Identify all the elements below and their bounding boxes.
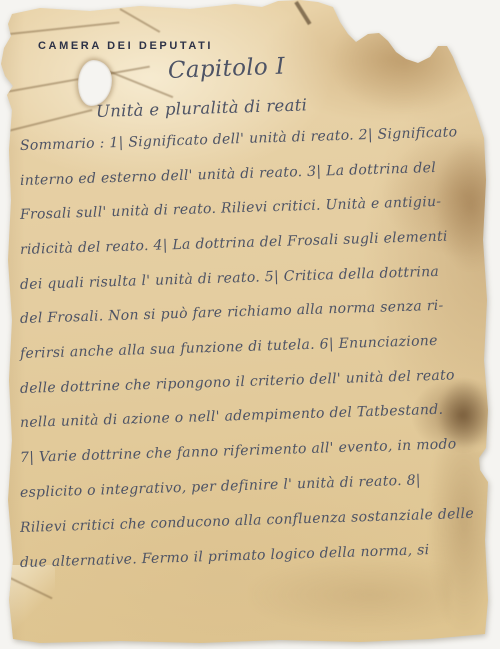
paper-stain (330, 18, 480, 113)
paper-stain (250, 560, 450, 630)
paper-crease (0, 21, 119, 36)
paper-fold (0, 565, 55, 635)
paper-crease (0, 109, 92, 134)
handwritten-line: interno ed esterno dell' unità di reato.… (20, 160, 437, 189)
handwritten-line: del Frosali. Non si può fare richiamo al… (20, 298, 444, 327)
chapter-title: Capitolo I (168, 54, 286, 84)
manuscript-subtitle: Unità e pluralità di reati (96, 95, 308, 121)
scanned-document: CAMERA DEI DEPUTATI Capitolo I Unità e p… (0, 0, 500, 649)
paper-hole (78, 60, 112, 106)
handwritten-line: ridicità del reato. 4| La dottrina del F… (20, 229, 448, 258)
paper-shadow-wrap: CAMERA DEI DEPUTATI Capitolo I Unità e p… (0, 0, 500, 649)
handwritten-line: Frosali sull' unità di reato. Rilievi cr… (20, 194, 442, 223)
paper-crease (120, 8, 161, 33)
letterhead: CAMERA DEI DEPUTATI (38, 40, 213, 52)
paper-crease (108, 70, 174, 98)
handwritten-line: delle dottrine che ripongono il criterio… (20, 367, 455, 397)
paper-stain (435, 140, 495, 270)
manuscript-page: CAMERA DEI DEPUTATI Capitolo I Unità e p… (0, 0, 500, 649)
handwritten-line: Sommario : 1| Significato dell' unità di… (20, 124, 458, 154)
handwritten-line: Rilievi critici che conducono alla confl… (20, 506, 474, 536)
handwritten-line: dei quali risulta l' unità di reato. 5| … (20, 264, 440, 293)
paper-tear-shadow (294, 1, 311, 25)
handwritten-line: nella unità di azione o nell' adempiment… (20, 402, 444, 431)
handwritten-line: due alternative. Fermo il primato logico… (20, 542, 430, 571)
handwritten-line: ferirsi anche alla sua funzione di tutel… (20, 333, 438, 362)
handwritten-line: 7| Varie dottrine che fanno riferimento … (20, 436, 457, 466)
handwritten-line: esplicito o integrativo, per definire l'… (20, 472, 421, 501)
paper-stain (430, 450, 492, 630)
